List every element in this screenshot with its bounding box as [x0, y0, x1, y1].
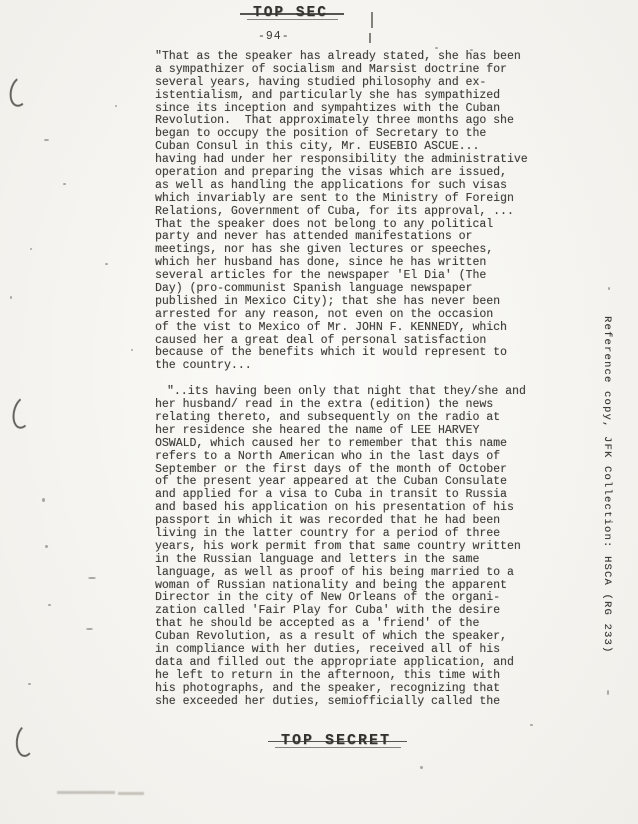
text-line: the country...	[155, 360, 555, 373]
pen-crescent-mark	[9, 394, 36, 431]
top-secret-stamp-bottom: TOP SECRET	[281, 732, 391, 749]
text-line: he left to return in the afternoon, this…	[155, 670, 555, 683]
noise-speck	[608, 287, 610, 290]
noise-speck	[28, 683, 31, 685]
archive-reference-note: Reference copy, JFK Collection: HSCA (RG…	[601, 316, 613, 686]
scan-smudge	[57, 791, 115, 794]
text-line: published in Mexico City); that she has …	[155, 296, 555, 309]
text-line: in compliance with her duties, received …	[155, 644, 555, 657]
text-line: she exceeded her duties, semiofficially …	[155, 696, 555, 709]
noise-speck	[607, 690, 609, 695]
noise-speck	[48, 604, 51, 606]
noise-speck	[30, 248, 32, 250]
text-line: her husband/ read in the extra (edition)…	[155, 399, 555, 412]
text-line: Relations, Government of Cuba, for its a…	[155, 206, 555, 219]
text-line: istentialism, and particularly she has s…	[155, 90, 555, 103]
noise-speck	[105, 263, 108, 265]
text-line: Day) (pro-communist Spanish language new…	[155, 283, 555, 296]
text-line: a sympathizer of socialism and Marsist d…	[155, 64, 555, 77]
noise-speck	[86, 628, 93, 630]
noise-speck	[42, 498, 45, 502]
text-line: data and filled out the appropriate appl…	[155, 657, 555, 670]
noise-speck	[470, 49, 473, 51]
noise-speck	[530, 724, 533, 726]
text-line: operation and preparing the visas which …	[155, 167, 555, 180]
text-line: in the Russian language and letters in t…	[155, 554, 555, 567]
noise-speck	[420, 766, 423, 769]
scan-tick-mark	[371, 12, 373, 28]
text-line: years, his work permit from that same co…	[155, 541, 555, 554]
noise-speck	[88, 577, 96, 579]
scan-tick-mark	[369, 33, 371, 43]
pen-crescent-mark	[7, 74, 34, 109]
noise-speck	[45, 545, 48, 548]
page-number: -94-	[258, 30, 290, 43]
scan-smudge	[118, 792, 144, 795]
text-line: "That as the speaker has already stated,…	[155, 51, 555, 64]
text-line: several years, having studied philosophy…	[155, 77, 555, 90]
pen-crescent-mark	[14, 723, 38, 758]
text-line: as well as handling the applications for…	[155, 180, 555, 193]
text-line: her residence she heared the name of LEE…	[155, 425, 555, 438]
text-line: language, as well as proof of his being …	[155, 567, 555, 580]
noise-speck	[115, 105, 117, 107]
noise-speck	[63, 183, 66, 185]
noise-speck	[435, 47, 438, 49]
text-line: relating thereto, and subsequently on th…	[155, 412, 555, 425]
top-secret-stamp-top: TOP SEC	[253, 5, 328, 21]
text-line: arrested for any reason, not even on the…	[155, 309, 555, 322]
paragraph: "..its having been only that night that …	[155, 386, 555, 708]
noise-speck	[131, 349, 133, 351]
text-line: of the vist to Mexico of Mr. JOHN F. KEN…	[155, 322, 555, 335]
document-body: "That as the speaker has already stated,…	[155, 51, 555, 708]
paragraph: "That as the speaker has already stated,…	[155, 51, 555, 373]
text-line: OSWALD, which caused her to remember tha…	[155, 438, 555, 451]
text-line: refers to a North American who in the la…	[155, 451, 555, 464]
text-line: which invariably are sent to the Ministr…	[155, 193, 555, 206]
text-line: living in the latter country for a perio…	[155, 528, 555, 541]
text-line: his photographs, and the speaker, recogn…	[155, 683, 555, 696]
document-page: TOP SEC -94- "That as the speaker has al…	[0, 0, 638, 824]
noise-speck	[10, 296, 12, 299]
noise-speck	[44, 139, 49, 141]
